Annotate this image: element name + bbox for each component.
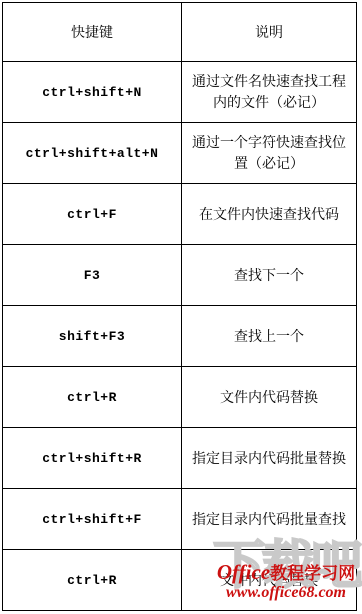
table-row: shift+F3查找上一个 bbox=[3, 306, 357, 367]
shortcut-table: 快捷键 说明 ctrl+shift+N通过文件名快速查找工程内的文件（必记）ct… bbox=[2, 2, 357, 611]
table-body: ctrl+shift+N通过文件名快速查找工程内的文件（必记）ctrl+shif… bbox=[3, 62, 357, 611]
shortcut-key-cell: ctrl+F bbox=[3, 184, 182, 245]
page: 快捷键 说明 ctrl+shift+N通过文件名快速查找工程内的文件（必记）ct… bbox=[0, 0, 362, 614]
table-row: F3查找下一个 bbox=[3, 245, 357, 306]
header-shortcut-key: 快捷键 bbox=[3, 3, 182, 62]
description-cell: 指定目录内代码批量查找 bbox=[182, 489, 357, 550]
shortcut-key-cell: ctrl+shift+alt+N bbox=[3, 123, 182, 184]
table-row: ctrl+shift+alt+N通过一个字符快速查找位置（必记） bbox=[3, 123, 357, 184]
description-cell: 通过文件名快速查找工程内的文件（必记） bbox=[182, 62, 357, 123]
table-header-row: 快捷键 说明 bbox=[3, 3, 357, 62]
shortcut-key-cell: ctrl+R bbox=[3, 367, 182, 428]
table-row: ctrl+shift+N通过文件名快速查找工程内的文件（必记） bbox=[3, 62, 357, 123]
table-row: ctrl+shift+R指定目录内代码批量替换 bbox=[3, 428, 357, 489]
description-cell: 指定目录内代码批量替换 bbox=[182, 428, 357, 489]
shortcut-key-cell: shift+F3 bbox=[3, 306, 182, 367]
description-cell: 通过一个字符快速查找位置（必记） bbox=[182, 123, 357, 184]
description-cell: 文件内代码替换 bbox=[182, 367, 357, 428]
table-row: ctrl+F在文件内快速查找代码 bbox=[3, 184, 357, 245]
description-cell: 在文件内快速查找代码 bbox=[182, 184, 357, 245]
table-row: ctrl+R文件内代码替换 bbox=[3, 550, 357, 611]
shortcut-key-cell: ctrl+shift+R bbox=[3, 428, 182, 489]
header-description: 说明 bbox=[182, 3, 357, 62]
shortcut-key-cell: F3 bbox=[3, 245, 182, 306]
table-row: ctrl+R文件内代码替换 bbox=[3, 367, 357, 428]
description-cell: 查找下一个 bbox=[182, 245, 357, 306]
shortcut-key-cell: ctrl+shift+F bbox=[3, 489, 182, 550]
description-cell: 文件内代码替换 bbox=[182, 550, 357, 611]
shortcut-key-cell: ctrl+R bbox=[3, 550, 182, 611]
description-cell: 查找上一个 bbox=[182, 306, 357, 367]
shortcut-key-cell: ctrl+shift+N bbox=[3, 62, 182, 123]
table-row: ctrl+shift+F指定目录内代码批量查找 bbox=[3, 489, 357, 550]
